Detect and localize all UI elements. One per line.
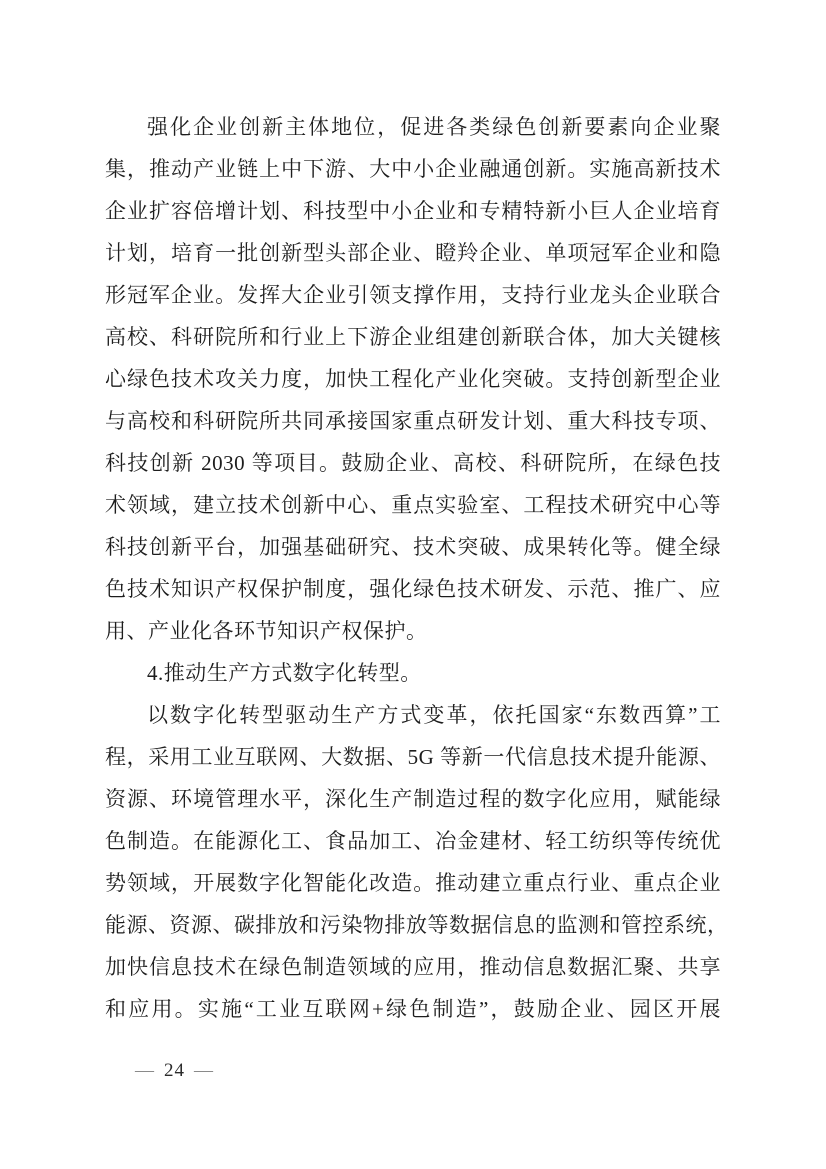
body-line: 色制造。在能源化工、食品加工、冶金建材、轻工纺织等传统优	[105, 820, 721, 862]
body-line: 心绿色技术攻关力度，加快工程化产业化突破。支持创新型企业	[105, 358, 721, 400]
body-line: 企业扩容倍增计划、科技型中小企业和专精特新小巨人企业培育	[105, 190, 721, 232]
body-line: 程，采用工业互联网、大数据、5G 等新一代信息技术提升能源、	[105, 736, 721, 778]
body-line: 术领域，建立技术创新中心、重点实验室、工程技术研究中心等	[105, 484, 721, 526]
body-line: 计划，培育一批创新型头部企业、瞪羚企业、单项冠军企业和隐	[105, 232, 721, 274]
body-line: 能源、资源、碳排放和污染物排放等数据信息的监测和管控系统，	[105, 904, 721, 946]
body-line: 以数字化转型驱动生产方式变革，依托国家“东数西算”工	[105, 694, 721, 736]
body-line: 科技创新 2030 等项目。鼓励企业、高校、科研院所，在绿色技	[105, 442, 721, 484]
body-line: 资源、环境管理水平，深化生产制造过程的数字化应用，赋能绿	[105, 778, 721, 820]
body-line: 集，推动产业链上中下游、大中小企业融通创新。实施高新技术	[105, 148, 721, 190]
body-line: 和应用。实施“工业互联网+绿色制造”，鼓励企业、园区开展	[105, 988, 721, 1030]
body-line: 色技术知识产权保护制度，强化绿色技术研发、示范、推广、应	[105, 568, 721, 610]
footer-right-dash: —	[185, 1060, 223, 1081]
footer-left-dash: —	[126, 1060, 164, 1081]
body-line: 高校、科研院所和行业上下游企业组建创新联合体，加大关键核	[105, 316, 721, 358]
document-body: 强化企业创新主体地位，促进各类绿色创新要素向企业聚 集，推动产业链上中下游、大中…	[105, 106, 721, 1030]
page-number: 24	[164, 1060, 185, 1081]
section-heading: 4.推动生产方式数字化转型。	[105, 652, 721, 694]
body-line: 科技创新平台，加强基础研究、技术突破、成果转化等。健全绿	[105, 526, 721, 568]
body-line: 形冠军企业。发挥大企业引领支撑作用，支持行业龙头企业联合	[105, 274, 721, 316]
body-line: 与高校和科研院所共同承接国家重点研发计划、重大科技专项、	[105, 400, 721, 442]
body-line: 用、产业化各环节知识产权保护。	[105, 610, 721, 652]
body-line: 势领域，开展数字化智能化改造。推动建立重点行业、重点企业	[105, 862, 721, 904]
document-page: 强化企业创新主体地位，促进各类绿色创新要素向企业聚 集，推动产业链上中下游、大中…	[0, 0, 826, 1169]
body-line: 加快信息技术在绿色制造领域的应用，推动信息数据汇聚、共享	[105, 946, 721, 988]
body-line: 强化企业创新主体地位，促进各类绿色创新要素向企业聚	[105, 106, 721, 148]
page-footer: —24—	[126, 1058, 223, 1084]
